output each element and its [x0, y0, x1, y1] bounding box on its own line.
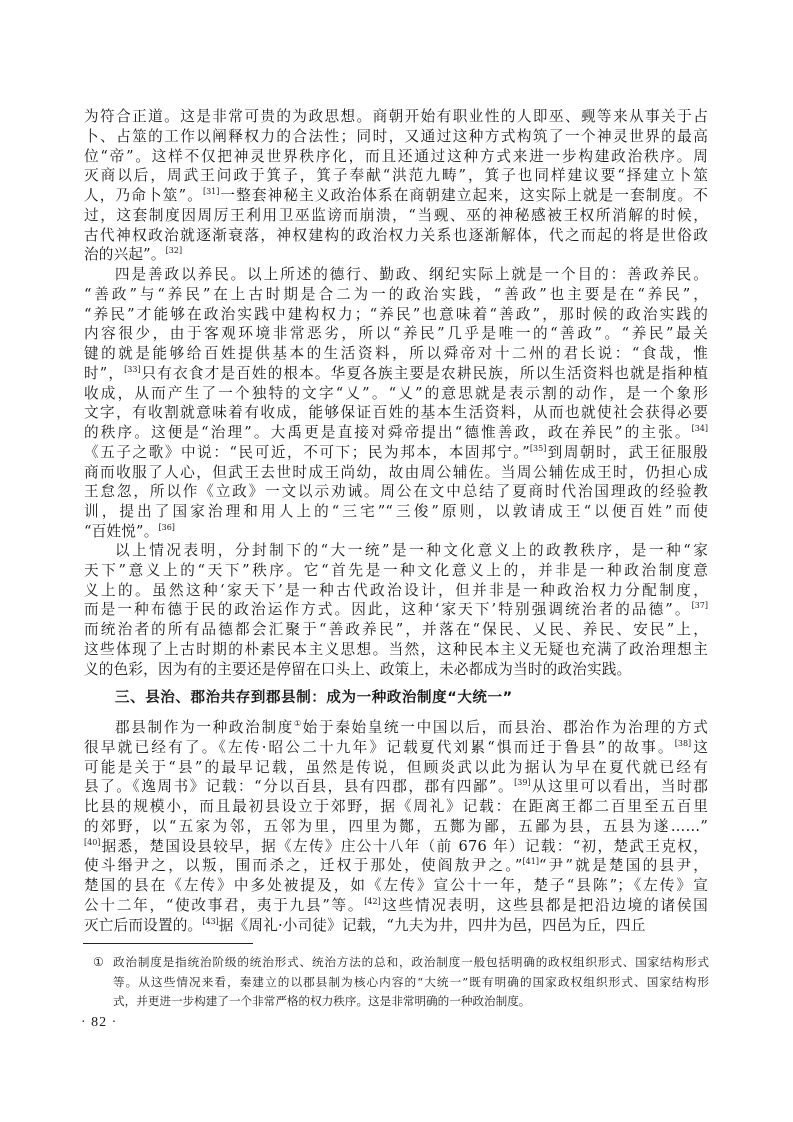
citation-marker: [32]	[166, 246, 182, 255]
line-text: 可能是关于“县”的最早记载，虽然是传说，但顾炎武以此为据认为早在夏代就已经有	[84, 759, 708, 776]
text-line: 灭商以后，周武王问政于箕子，箕子奉献“洪范九畴”，箕子也同样建议要“择建立卜筮	[84, 166, 708, 186]
text-line: “百姓悦”。[36]	[84, 522, 708, 542]
text-line: 可能是关于“县”的最早记载，虽然是传说，但顾炎武以此为据认为早在夏代就已经有	[84, 758, 708, 778]
line-text: 很早就已经有了。《左传·昭公二十九年》记载夏代刘累“惧而迁于鲁县”的故事。	[84, 739, 675, 756]
line-text: 比县的规模小，而且最初县设立于郊野，据《周礼》记载：在距离王都二百里至五百里	[84, 798, 708, 815]
line-text: 过，这套制度因周厉王利用卫巫监谤而崩溃，“当觋、巫的神秘感被王权所消解的时候，	[84, 207, 708, 224]
footnote-line: 等。从这些情况来看，秦建立的以郡县制为核心内容的“大统一”既有明确的国家政权组织…	[113, 973, 709, 993]
line-text: 内容很少，由于客观环境非常恶劣，所以“养民”几乎是唯一的“善政”。“养民”最关	[84, 325, 708, 342]
line-text: 的秩序。这便是“治理”。大禹更是直接对舜帝提出“德惟善政，政在养民”的主张。	[84, 424, 692, 441]
line-text: “养民”才能够在政治实践中建构权力；“养民”也意味着“善政”，那时候的政治实践的	[84, 306, 708, 323]
line-text: 使斗缗尹之，以叛，围而杀之，迁权于那处，使阎敖尹之。”	[84, 857, 523, 874]
line-text: 治的兴起”。	[84, 246, 166, 263]
citation-marker: [34]	[692, 424, 708, 433]
line-text: 《五子之歌》中说：“民可近，不可下；民为邦本，本固邦宁。”	[84, 444, 530, 461]
text-line: 为符合正道。这是非常可贵的为政思想。商朝开始有职业性的人即巫、觋等来从事关于占	[84, 107, 708, 127]
text-line: 义上的。虽然这种‘家天下’是一种古代政治设计，但并非是一种政治权力分配制度，	[84, 581, 708, 601]
line-text: 据悉，楚国设县较早，据《左传》庄公十八年（前 676 年）记载：“初，楚武王克权…	[100, 838, 708, 855]
line-text: 而是一种布德于民的政治运作方式。因此，这种‘家天下’特别强调统治者的品德”。	[84, 601, 692, 618]
line-text: 训，提出了国家治理和用人上的“三宅”“三俊”原则，以敦请成王“以便百姓”而使	[84, 503, 708, 520]
citation-marker: [36]	[159, 523, 175, 532]
line-text: 义的色彩，因为有的主要还是停留在口头上、政策上，未必都成为当时的政治实践。	[84, 661, 631, 678]
line-text: 这些体现了上古时期的朴素民本主义思想。当然，这种民本主义无疑也充满了政治理想主	[84, 641, 708, 658]
citation-marker: ①	[294, 719, 303, 728]
text-line: 《五子之歌》中说：“民可近，不可下；民为邦本，本固邦宁。”[35]到周朝时，武王…	[84, 443, 708, 463]
line-text: “百姓悦”。	[84, 523, 159, 540]
text-line: 训，提出了国家治理和用人上的“三宅”“三俊”原则，以敦请成王“以便百姓”而使	[84, 502, 708, 522]
text-line: 古代神权政治就逐渐衰落，神权建构的政治权力关系也逐渐解体，代之而起的将是世俗政	[84, 226, 708, 246]
line-text: 文字，有收割就意味着有收成，能够保证百姓的基本生活资料，从而也就使社会获得必要	[84, 404, 708, 421]
footnote-line: 式，并更进一步构建了一个非常严格的权力秩序。这是非常明确的一种政治制度。	[113, 992, 709, 1012]
line-text: 古代神权政治就逐渐衰落，神权建构的政治权力关系也逐渐解体，代之而起的将是世俗政	[84, 227, 708, 244]
line-text: 卜、占筮的工作以阐释权力的合法性；同时，又通过这种方式构筑了一个神灵世界的最高	[84, 128, 708, 145]
text-line: 天下”意义上的“天下”秩序。它“首先是一种文化意义上的，并非是一种政治制度意	[84, 561, 708, 581]
citation-marker: [40]	[84, 838, 100, 847]
line-text: 人，乃命卜筮”。	[84, 187, 203, 204]
document-page: 为符合正道。这是非常可贵的为政思想。商朝开始有职业性的人即巫、觋等来从事关于占卜…	[0, 0, 793, 1122]
citation-marker: [35]	[530, 444, 546, 453]
line-text: 郡县制作为一种政治制度	[115, 719, 294, 736]
citation-marker: [43]	[202, 917, 218, 926]
text-line: 郡县制作为一种政治制度①始于秦始皇统一中国以后，而县治、郡治作为治理的方式	[84, 718, 708, 738]
text-line: 而是一种布德于民的政治运作方式。因此，这种‘家天下’特别强调统治者的品德”。[3…	[84, 600, 708, 620]
line-text: 天下”意义上的“天下”秩序。它“首先是一种文化意义上的，并非是一种政治制度意	[84, 562, 708, 579]
citation-marker: [39]	[514, 778, 530, 787]
text-line: 楚国的县在《左传》中多处被提及，如《左传》宣公十一年，楚子“县陈”；《左传》宣	[84, 876, 708, 896]
line-text: 收成，从而产生了一个独特的文字“乂”。“乂”的意思就是表示割的动作，是一个象形	[84, 385, 708, 402]
text-line: [40]据悉，楚国设县较早，据《左传》庄公十八年（前 676 年）记载：“初，楚…	[84, 837, 708, 857]
line-text: 据《周礼·小司徒》记载，“九夫为井，四井为邑，四邑为丘，四丘	[219, 917, 646, 934]
line-text: 而统治者的所有品德都会汇聚于“善政养民”，并落在“保民、乂民、养民、安民”上，	[84, 621, 708, 638]
text-line: 文字，有收割就意味着有收成，能够保证百姓的基本生活资料，从而也就使社会获得必要	[84, 403, 708, 423]
line-text: 这	[691, 739, 708, 756]
line-text: 为符合正道。这是非常可贵的为政思想。商朝开始有职业性的人即巫、觋等来从事关于占	[84, 108, 708, 125]
line-text: 这些情况表明，这些县都是把沿边境的诸侯国	[381, 897, 708, 914]
line-text: “善政”与“养民”在上古时期是合二为一的政治实践，“善政”也主要是在“养民”，	[84, 286, 708, 303]
line-text: 王怠忽，所以作《立政》一文以示劝诫。周公在文中总结了夏商时代治国理政的经验教	[84, 483, 708, 500]
text-line: 而统治者的所有品德都会汇聚于“善政养民”，并落在“保民、乂民、养民、安民”上，	[84, 620, 708, 640]
line-text: 县了。《逸周书》记载：“分以百县，县有四郡，郡有四鄙”。	[84, 778, 514, 795]
citation-marker: [33]	[124, 365, 140, 374]
text-line: 王怠忽，所以作《立政》一文以示劝诫。周公在文中总结了夏商时代治国理政的经验教	[84, 482, 708, 502]
text-line: 这些体现了上古时期的朴素民本主义思想。当然，这种民本主义无疑也充满了政治理想主	[84, 640, 708, 660]
section-heading: 三、县治、郡治共存到郡县制：成为一种政治制度“大统一”	[115, 688, 513, 708]
line-text: 义上的。虽然这种‘家天下’是一种古代政治设计，但并非是一种政治权力分配制度，	[84, 582, 708, 599]
text-line: 县了。《逸周书》记载：“分以百县，县有四郡，郡有四鄙”。[39]从这里可以看出，…	[84, 777, 708, 797]
text-line: “善政”与“养民”在上古时期是合二为一的政治实践，“善政”也主要是在“养民”，	[84, 285, 708, 305]
text-line: 键的就是能够给百姓提供基本的生活资料，所以舜帝对十二州的君长说：“食哉，惟	[84, 344, 708, 364]
line-text: 公十二年，“使改事君，夷于九县”等。	[84, 897, 364, 914]
citation-marker: [38]	[675, 739, 691, 748]
text-line: 很早就已经有了。《左传·昭公二十九年》记载夏代刘累“惧而迁于鲁县”的故事。[38…	[84, 738, 708, 758]
text-line: 时”，[33]只有衣食才是百姓的根本。华夏各族主要是农耕民族，所以生活资料也就是…	[84, 364, 708, 384]
text-line: 灭亡后而设置的。[43]据《周礼·小司徒》记载，“九夫为井，四井为邑，四邑为丘，…	[84, 916, 708, 936]
text-line: 四是善政以养民。以上所述的德行、勤政、纲纪实际上就是一个目的：善政养民。	[84, 265, 708, 285]
text-line: 比县的规模小，而且最初县设立于郊野，据《周礼》记载：在距离王都二百里至五百里	[84, 797, 708, 817]
line-text: 灭商以后，周武王问政于箕子，箕子奉献“洪范九畴”，箕子也同样建议要“择建立卜筮	[84, 167, 708, 184]
text-line: 治的兴起”。[32]	[84, 245, 708, 265]
line-text: 的郊野，以“五家为邻，五邻为里，四里为酂，五酂为鄙，五鄙为县，五县为遂……”	[84, 818, 708, 835]
text-line: 义的色彩，因为有的主要还是停留在口头上、政策上，未必都成为当时的政治实践。	[84, 660, 708, 680]
citation-marker: [31]	[203, 187, 219, 196]
citation-marker: [41]	[523, 857, 539, 866]
text-line: 人，乃命卜筮”。[31]一整套神秘主义政治体系在商朝建立起来，这实际上就是一套制…	[84, 186, 708, 206]
text-line: 收成，从而产生了一个独特的文字“乂”。“乂”的意思就是表示割的动作，是一个象形	[84, 384, 708, 404]
text-line: 过，这套制度因周厉王利用卫巫监谤而崩溃，“当觋、巫的神秘感被王权所消解的时候，	[84, 206, 708, 226]
citation-marker: [37]	[692, 601, 708, 610]
page-number: · 82 ·	[81, 1013, 117, 1033]
text-line: 内容很少，由于客观环境非常恶劣，所以“养民”几乎是唯一的“善政”。“养民”最关	[84, 324, 708, 344]
text-line: 位“帝”。这样不仅把神灵世界秩序化，而且还通过这种方式来进一步构建政治秩序。周	[84, 147, 708, 167]
line-text: “尹”就是楚国的县尹，	[539, 857, 708, 874]
line-text: 键的就是能够给百姓提供基本的生活资料，所以舜帝对十二州的君长说：“食哉，惟	[84, 345, 708, 362]
text-line: 的秩序。这便是“治理”。大禹更是直接对舜帝提出“德惟善政，政在养民”的主张。[3…	[84, 423, 708, 443]
text-line: 以上情况表明，分封制下的“大一统”是一种文化意义上的政教秩序，是一种“家	[84, 541, 708, 561]
line-text: 到周朝时，武王征服殷	[546, 444, 708, 461]
text-line: 公十二年，“使改事君，夷于九县”等。[42]这些情况表明，这些县都是把沿边境的诸…	[84, 896, 708, 916]
text-line: 使斗缗尹之，以叛，围而杀之，迁权于那处，使阎敖尹之。”[41]“尹”就是楚国的县…	[84, 856, 708, 876]
line-text: 从这里可以看出，当时郡	[531, 778, 708, 795]
line-text: 时”，	[84, 365, 124, 382]
line-text: 位“帝”。这样不仅把神灵世界秩序化，而且还通过这种方式来进一步构建政治秩序。周	[84, 148, 708, 165]
line-text: 以上情况表明，分封制下的“大一统”是一种文化意义上的政教秩序，是一种“家	[115, 542, 708, 559]
text-line: 的郊野，以“五家为邻，五邻为里，四里为酂，五酂为鄙，五鄙为县，五县为遂……”	[84, 817, 708, 837]
line-text: 始于秦始皇统一中国以后，而县治、郡治作为治理的方式	[303, 719, 708, 736]
footnote-line: 政治制度是指统治阶级的统治形式、统治方法的总和，政治制度一般包括明确的政权组织形…	[113, 953, 709, 973]
text-line: 商而收服了人心，但武王去世时成王尚幼，故由周公辅佐。当周公辅佐成王时，仍担心成	[84, 463, 708, 483]
citation-marker: [42]	[364, 897, 380, 906]
line-text: 四是善政以养民。以上所述的德行、勤政、纲纪实际上就是一个目的：善政养民。	[115, 266, 708, 283]
text-line: “养民”才能够在政治实践中建构权力；“养民”也意味着“善政”，那时候的政治实践的	[84, 305, 708, 325]
footnote-divider	[83, 943, 253, 944]
footnote-marker: ①	[93, 953, 104, 973]
line-text: 楚国的县在《左传》中多处被提及，如《左传》宣公十一年，楚子“县陈”；《左传》宣	[84, 877, 708, 894]
line-text: 商而收服了人心，但武王去世时成王尚幼，故由周公辅佐。当周公辅佐成王时，仍担心成	[84, 464, 708, 481]
line-text: 一整套神秘主义政治体系在商朝建立起来，这实际上就是一套制度。不	[219, 187, 708, 204]
line-text: 灭亡后而设置的。	[84, 917, 202, 934]
line-text: 只有衣食才是百姓的根本。华夏各族主要是农耕民族，所以生活资料也就是指种植	[141, 365, 708, 382]
text-line: 卜、占筮的工作以阐释权力的合法性；同时，又通过这种方式构筑了一个神灵世界的最高	[84, 127, 708, 147]
